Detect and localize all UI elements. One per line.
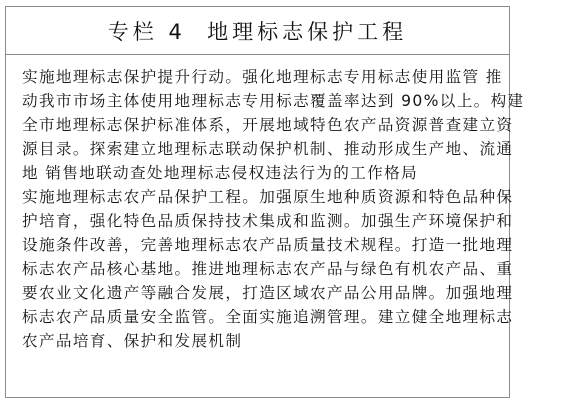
text-line: 实施地理标志农产品保护工程。加强原生地种质资源和特色品种保 (22, 185, 509, 209)
text-line: 要农业文化遗产等融合发展，打造区域农产品公用品牌。加强地理 (22, 281, 509, 305)
text-line: 农产品培育、保护和发展机制 (22, 329, 509, 353)
paragraph-agri-product-protection: 实施地理标志农产品保护工程。加强原生地种质资源和特色品种保 护培育，强化特色品质… (22, 185, 509, 353)
text-line: 源目录。探索建立地理标志联动保护机制、推动形成生产地、流通 (22, 137, 509, 161)
text-line: 全市地理标志保护标准体系，开展地域特色农产品资源普查建立资 (22, 113, 509, 137)
text-line: 地 销售地联动查处地理标志侵权违法行为的工作格局 (22, 161, 509, 185)
text-line: 标志农产品核心基地。推进地理标志农产品与绿色有机农产品、重 (22, 257, 509, 281)
text-line: 实施地理标志保护提升行动。强化地理标志专用标志使用监管 推 (22, 65, 509, 89)
box-content: 实施地理标志保护提升行动。强化地理标志专用标志使用监管 推 动我市市场主体使用地… (6, 55, 509, 353)
box-title: 专栏 4 地理标志保护工程 (108, 16, 407, 46)
text-line: 动我市市场主体使用地理标志专用标志覆盖率达到 90%以上。构建 (22, 89, 509, 113)
box-header: 专栏 4 地理标志保护工程 (6, 7, 509, 55)
special-column-box: 专栏 4 地理标志保护工程 实施地理标志保护提升行动。强化地理标志专用标志使用监… (5, 6, 510, 398)
text-line: 护培育，强化特色品质保持技术集成和监测。加强生产环境保护和 (22, 209, 509, 233)
paragraph-geo-indication-upgrade: 实施地理标志保护提升行动。强化地理标志专用标志使用监管 推 动我市市场主体使用地… (22, 65, 509, 185)
text-line: 设施条件改善，完善地理标志农产品质量技术规程。打造一批地理 (22, 233, 509, 257)
text-line: 标志农产品质量安全监管。全面实施追溯管理。建立健全地理标志 (22, 305, 509, 329)
